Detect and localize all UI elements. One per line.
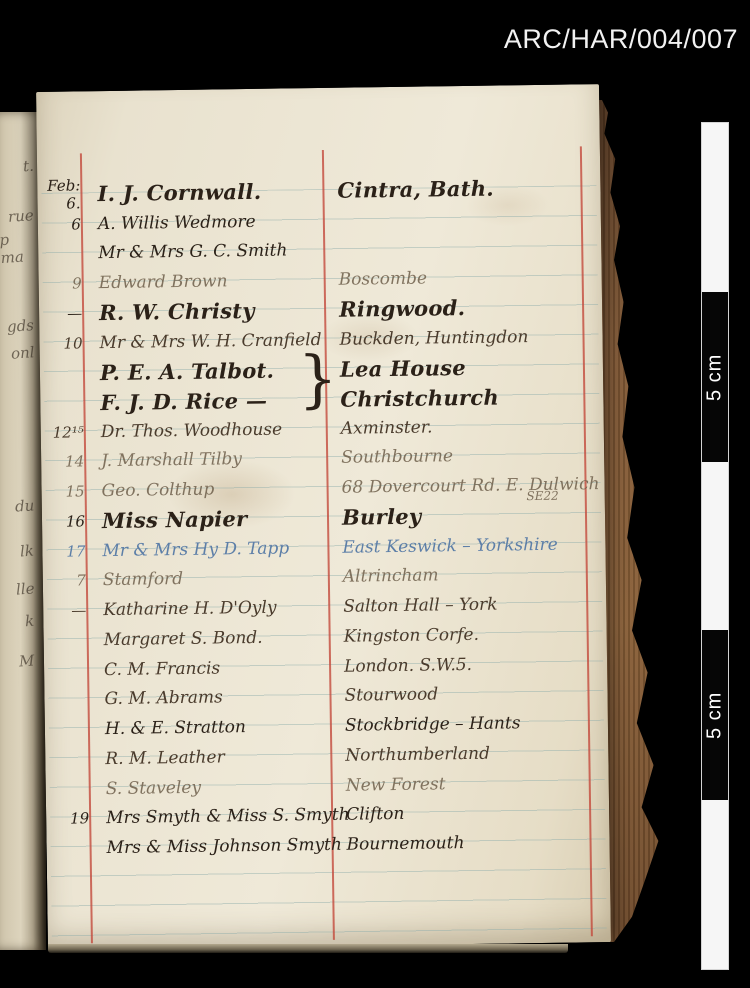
entry-name: S. Staveley: [94, 775, 336, 798]
scale-bar-segment: 5 cm: [702, 292, 728, 462]
ghost-writing-fragment: du: [14, 496, 34, 515]
entry-name: Edward Brown: [87, 270, 329, 293]
entry-name: Mrs Smyth & Miss S. Smyth: [94, 805, 336, 828]
entry-date: [46, 789, 94, 790]
entry-residence: Northumberland: [335, 742, 585, 765]
entry-name: C. M. Francis: [92, 656, 334, 679]
entry-residence: Boscombe: [329, 266, 579, 289]
entry-date: [44, 670, 92, 671]
entry-name: Geo. Colthup: [89, 478, 331, 501]
entry-residence: Clifton: [336, 802, 586, 825]
scale-bar-segment: 5 cm: [702, 630, 728, 800]
entry-residence: Burley: [332, 502, 582, 530]
entry-date: [45, 700, 93, 701]
register-entries: Feb: 6. I. J. Cornwall. Cintra, Bath. 6 …: [37, 172, 592, 870]
entry-date: 14: [41, 453, 89, 472]
ghost-writing-fragment: lle: [15, 579, 35, 598]
entry-date: [38, 254, 86, 255]
entry-date: 10: [39, 334, 87, 353]
visitor-register-page: Feb: 6. I. J. Cornwall. Cintra, Bath. 6 …: [36, 84, 611, 950]
entry-residence: Southbourne: [331, 445, 581, 468]
entry-name: Mr & Mrs Hy D. Tapp: [90, 538, 332, 561]
entry-name: Stamford: [91, 567, 333, 590]
ghost-writing-fragment: gds: [6, 316, 34, 336]
photograph-canvas: ARC/HAR/004/007 t. rue p ma gds onl du l…: [0, 0, 750, 988]
entry-name: R. W. Christy: [87, 297, 329, 325]
entry-date: [40, 373, 88, 374]
entry-residence: Stockbridge – Hants: [335, 712, 585, 735]
entry-date: —: [43, 601, 91, 620]
entry-residence: London. S.W.5.: [334, 653, 584, 676]
scale-bar: 5 cm 5 cm: [701, 122, 729, 970]
entry-date: —: [39, 304, 87, 323]
entry-date: 12¹⁵: [41, 423, 89, 442]
grouping-brace: }: [298, 348, 338, 411]
entry-name: Miss Napier: [90, 505, 332, 533]
register-row: Mrs & Miss Johnson Smyth Bournemouth: [46, 826, 591, 863]
entry-date: [45, 759, 93, 760]
entry-name: Mr & Mrs W. H. Cranfield: [87, 329, 329, 352]
scale-bar-segment: [702, 800, 728, 969]
entry-name: Mr & Mrs G. C. Smith: [86, 240, 328, 263]
entry-name: F. J. D. Rice —: [88, 386, 330, 414]
scale-bar-segment: [702, 462, 728, 630]
entry-residence: Stourwood: [334, 683, 584, 706]
ghost-writing-fragment: onl: [10, 343, 35, 363]
scale-label: 5 cm: [702, 630, 728, 800]
archive-reference: ARC/HAR/004/007: [504, 24, 738, 55]
page-stack-edge: [48, 944, 568, 953]
entry-name: Margaret S. Bond.: [92, 627, 334, 650]
entry-name: J. Marshall Tilby: [89, 448, 331, 471]
entry-residence: Cintra, Bath.: [327, 175, 577, 203]
entry-name: Katharine H. D'Oyly: [91, 597, 333, 620]
entry-date: [44, 640, 92, 641]
scale-bar-segment: [702, 123, 728, 292]
ghost-writing-fragment: M: [18, 651, 35, 670]
entry-residence: Ringwood.: [329, 294, 579, 322]
entry-date: 15: [41, 482, 89, 501]
ghost-writing-fragment: rue: [8, 206, 35, 226]
entry-residence: Christchurch: [330, 383, 580, 411]
entry-residence: Altrincham: [333, 564, 583, 587]
entry-residence: New Forest: [336, 772, 586, 795]
entry-residence: Kingston Corfe.: [334, 623, 584, 646]
ghost-writing-fragment: p ma: [0, 229, 35, 267]
entry-date: [45, 729, 93, 730]
ghost-writing-fragment: t.: [23, 157, 35, 176]
entry-residence: [328, 217, 578, 220]
entry-name: I. J. Cornwall.: [85, 178, 327, 206]
scale-label: 5 cm: [702, 292, 728, 462]
entry-date: 9: [39, 274, 87, 293]
entry-residence: Lea House: [330, 353, 580, 381]
entry-date: 6: [38, 215, 86, 234]
entry-name: H. & E. Stratton: [93, 716, 335, 739]
entry-name: R. M. Leather: [93, 746, 335, 769]
entry-residence: East Keswick – Yorkshire: [332, 534, 582, 557]
entry-date: 19: [46, 810, 94, 829]
entry-date: 7: [43, 572, 91, 591]
entry-residence: Salton Hall – York: [333, 594, 583, 617]
entry-name: P. E. A. Talbot.: [88, 357, 330, 385]
entry-date: [47, 848, 95, 849]
entry-residence: Axminster.: [331, 415, 581, 438]
entry-residence: Bournemouth: [336, 831, 586, 854]
entry-name: Mrs & Miss Johnson Smyth: [94, 835, 336, 858]
entry-name: G. M. Abrams: [92, 686, 334, 709]
entry-date: 17: [42, 542, 90, 561]
ghost-writing-fragment: lk: [19, 542, 34, 561]
entry-name: A. Willis Wedmore: [86, 211, 328, 234]
entry-date: Feb: 6.: [37, 176, 85, 213]
entry-date: [40, 402, 88, 403]
ghost-writing-fragment: k: [24, 612, 34, 631]
entry-name: Dr. Thos. Woodhouse: [89, 419, 331, 442]
entry-residence: [328, 247, 578, 250]
entry-date: 16: [42, 512, 90, 531]
entry-residence: Buckden, Huntingdon: [329, 326, 579, 349]
